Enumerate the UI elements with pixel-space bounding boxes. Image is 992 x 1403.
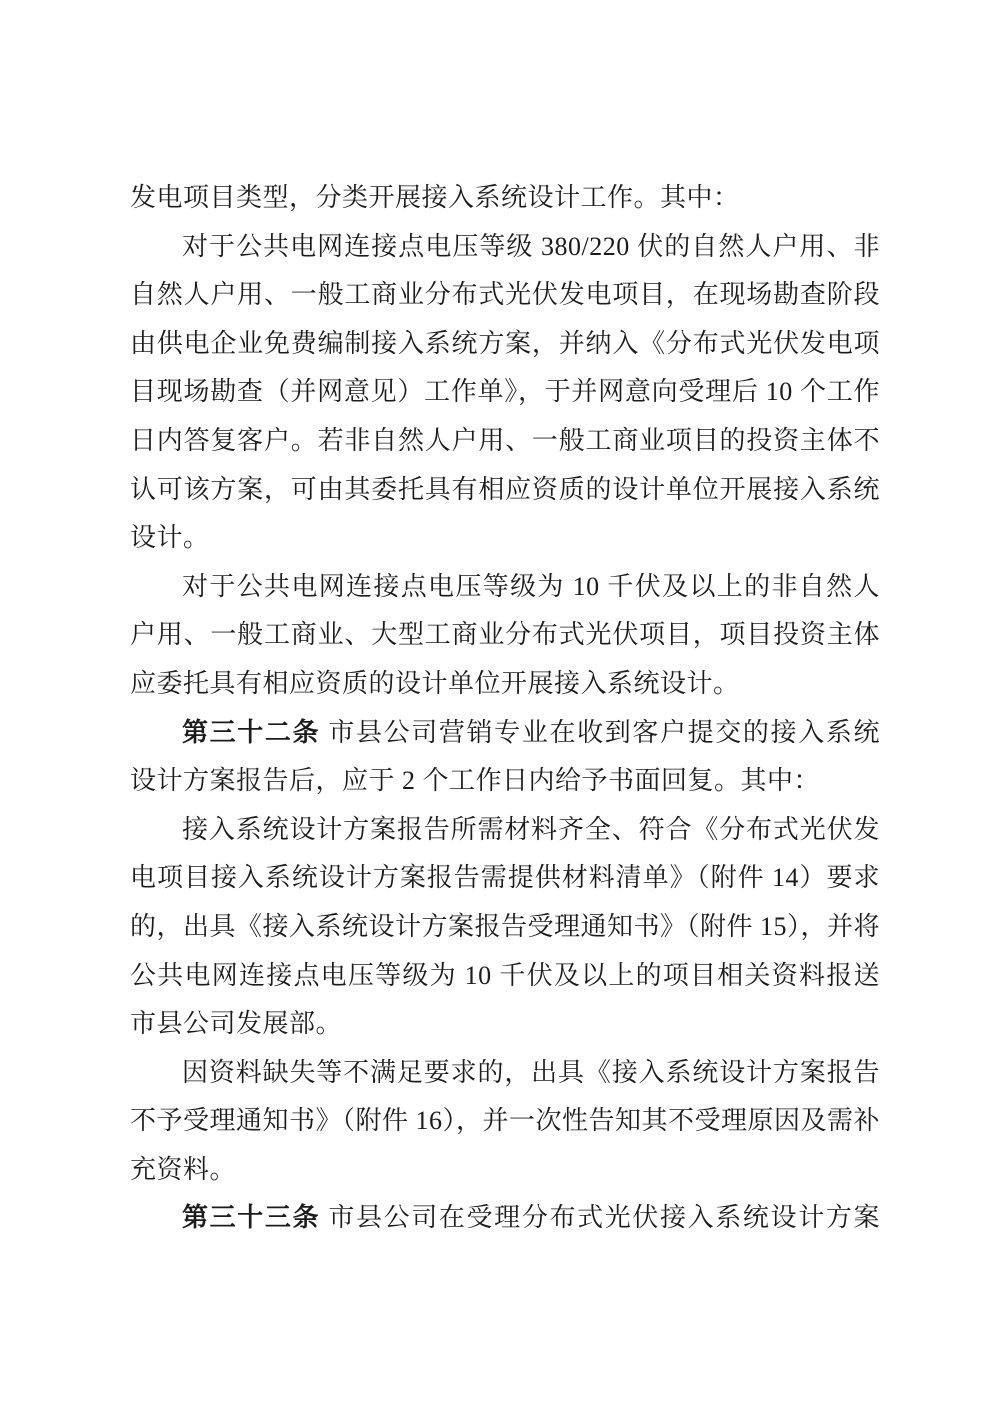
text-segment: 市县公司在受理分布式光伏接入系统设计方案 [320,1203,880,1232]
text-segment: 应委托具有相应资质的设计单位开展接入系统设计。 [130,669,740,698]
text-segment: 自然人户用、一般工商业分布式光伏发电项目，在现场勘查阶段 [130,280,880,309]
text-line: 第三十二条 市县公司营销专业在收到客户提交的接入系统 [130,709,880,758]
text-line: 对于公共电网连接点电压等级为 10 千伏及以上的非自然人 [130,563,880,612]
text-line: 因资料缺失等不满足要求的，出具《接入系统设计方案报告 [130,1049,880,1098]
text-line: 充资料。 [130,1146,880,1195]
text-segment: 接入系统设计方案报告所需材料齐全、符合《分布式光伏发 [182,815,880,844]
text-segment: 市县公司营销专业在收到客户提交的接入系统 [320,718,880,747]
text-line: 公共电网连接点电压等级为 10 千伏及以上的项目相关资料报送 [130,952,880,1001]
document-body: 发电项目类型，分类开展接入系统设计工作。其中：对于公共电网连接点电压等级 380… [130,174,880,1243]
text-line: 电项目接入系统设计方案报告需提供材料清单》（附件 14）要求 [130,854,880,903]
text-segment: 设计。 [130,523,210,552]
text-segment: 市县公司发展部。 [130,1009,342,1038]
text-line: 自然人户用、一般工商业分布式光伏发电项目，在现场勘查阶段 [130,271,880,320]
text-line: 第三十三条 市县公司在受理分布式光伏接入系统设计方案 [130,1194,880,1243]
text-line: 应委托具有相应资质的设计单位开展接入系统设计。 [130,660,880,709]
text-segment: 户用、一般工商业、大型工商业分布式光伏项目，项目投资主体 [130,620,880,649]
document-page: 发电项目类型，分类开展接入系统设计工作。其中：对于公共电网连接点电压等级 380… [0,0,992,1403]
paragraph: 接入系统设计方案报告所需材料齐全、符合《分布式光伏发电项目接入系统设计方案报告需… [130,806,880,1049]
text-line: 接入系统设计方案报告所需材料齐全、符合《分布式光伏发 [130,806,880,855]
text-line: 目现场勘查（并网意见）工作单》，于并网意向受理后 10 个工作 [130,368,880,417]
text-segment: 的，出具《接入系统设计方案报告受理通知书》（附件 15），并将 [130,912,880,941]
text-segment: 由供电企业免费编制接入系统方案，并纳入《分布式光伏发电项 [130,329,880,358]
text-line: 认可该方案，可由其委托具有相应资质的设计单位开展接入系统 [130,466,880,515]
text-segment: 充资料。 [130,1155,236,1184]
paragraph: 发电项目类型，分类开展接入系统设计工作。其中： [130,174,880,223]
text-segment: 目现场勘查（并网意见）工作单》，于并网意向受理后 10 个工作 [130,377,880,406]
text-segment: 日内答复客户。若非自然人户用、一般工商业项目的投资主体不 [130,426,880,455]
paragraph: 第三十二条 市县公司营销专业在收到客户提交的接入系统设计方案报告后，应于 2 个… [130,709,880,806]
text-segment: 公共电网连接点电压等级为 10 千伏及以上的项目相关资料报送 [130,961,880,990]
text-line: 的，出具《接入系统设计方案报告受理通知书》（附件 15），并将 [130,903,880,952]
text-segment: 设计方案报告后，应于 2 个工作日内给予书面回复。其中： [130,766,820,795]
paragraph: 因资料缺失等不满足要求的，出具《接入系统设计方案报告不予受理通知书》（附件 16… [130,1049,880,1195]
paragraph: 第三十三条 市县公司在受理分布式光伏接入系统设计方案 [130,1194,880,1243]
text-segment: 因资料缺失等不满足要求的，出具《接入系统设计方案报告 [182,1058,880,1087]
text-line: 市县公司发展部。 [130,1000,880,1049]
text-segment: 认可该方案，可由其委托具有相应资质的设计单位开展接入系统 [130,475,880,504]
text-line: 不予受理通知书》（附件 16），并一次性告知其不受理原因及需补 [130,1097,880,1146]
text-line: 设计方案报告后，应于 2 个工作日内给予书面回复。其中： [130,757,880,806]
text-segment: 对于公共电网连接点电压等级 380/220 伏的自然人户用、非 [182,232,880,261]
text-line: 日内答复客户。若非自然人户用、一般工商业项目的投资主体不 [130,417,880,466]
text-line: 发电项目类型，分类开展接入系统设计工作。其中： [130,174,880,223]
text-line: 设计。 [130,514,880,563]
text-segment: 不予受理通知书》（附件 16），并一次性告知其不受理原因及需补 [130,1106,880,1135]
text-segment: 电项目接入系统设计方案报告需提供材料清单》（附件 14）要求 [130,863,880,892]
article-number: 第三十三条 [182,1203,320,1232]
text-line: 户用、一般工商业、大型工商业分布式光伏项目，项目投资主体 [130,611,880,660]
text-segment: 对于公共电网连接点电压等级为 10 千伏及以上的非自然人 [182,572,880,601]
text-line: 由供电企业免费编制接入系统方案，并纳入《分布式光伏发电项 [130,320,880,369]
text-line: 对于公共电网连接点电压等级 380/220 伏的自然人户用、非 [130,223,880,272]
paragraph: 对于公共电网连接点电压等级为 10 千伏及以上的非自然人户用、一般工商业、大型工… [130,563,880,709]
paragraph: 对于公共电网连接点电压等级 380/220 伏的自然人户用、非自然人户用、一般工… [130,223,880,563]
text-segment: 发电项目类型，分类开展接入系统设计工作。其中： [130,183,740,212]
article-number: 第三十二条 [182,718,320,747]
